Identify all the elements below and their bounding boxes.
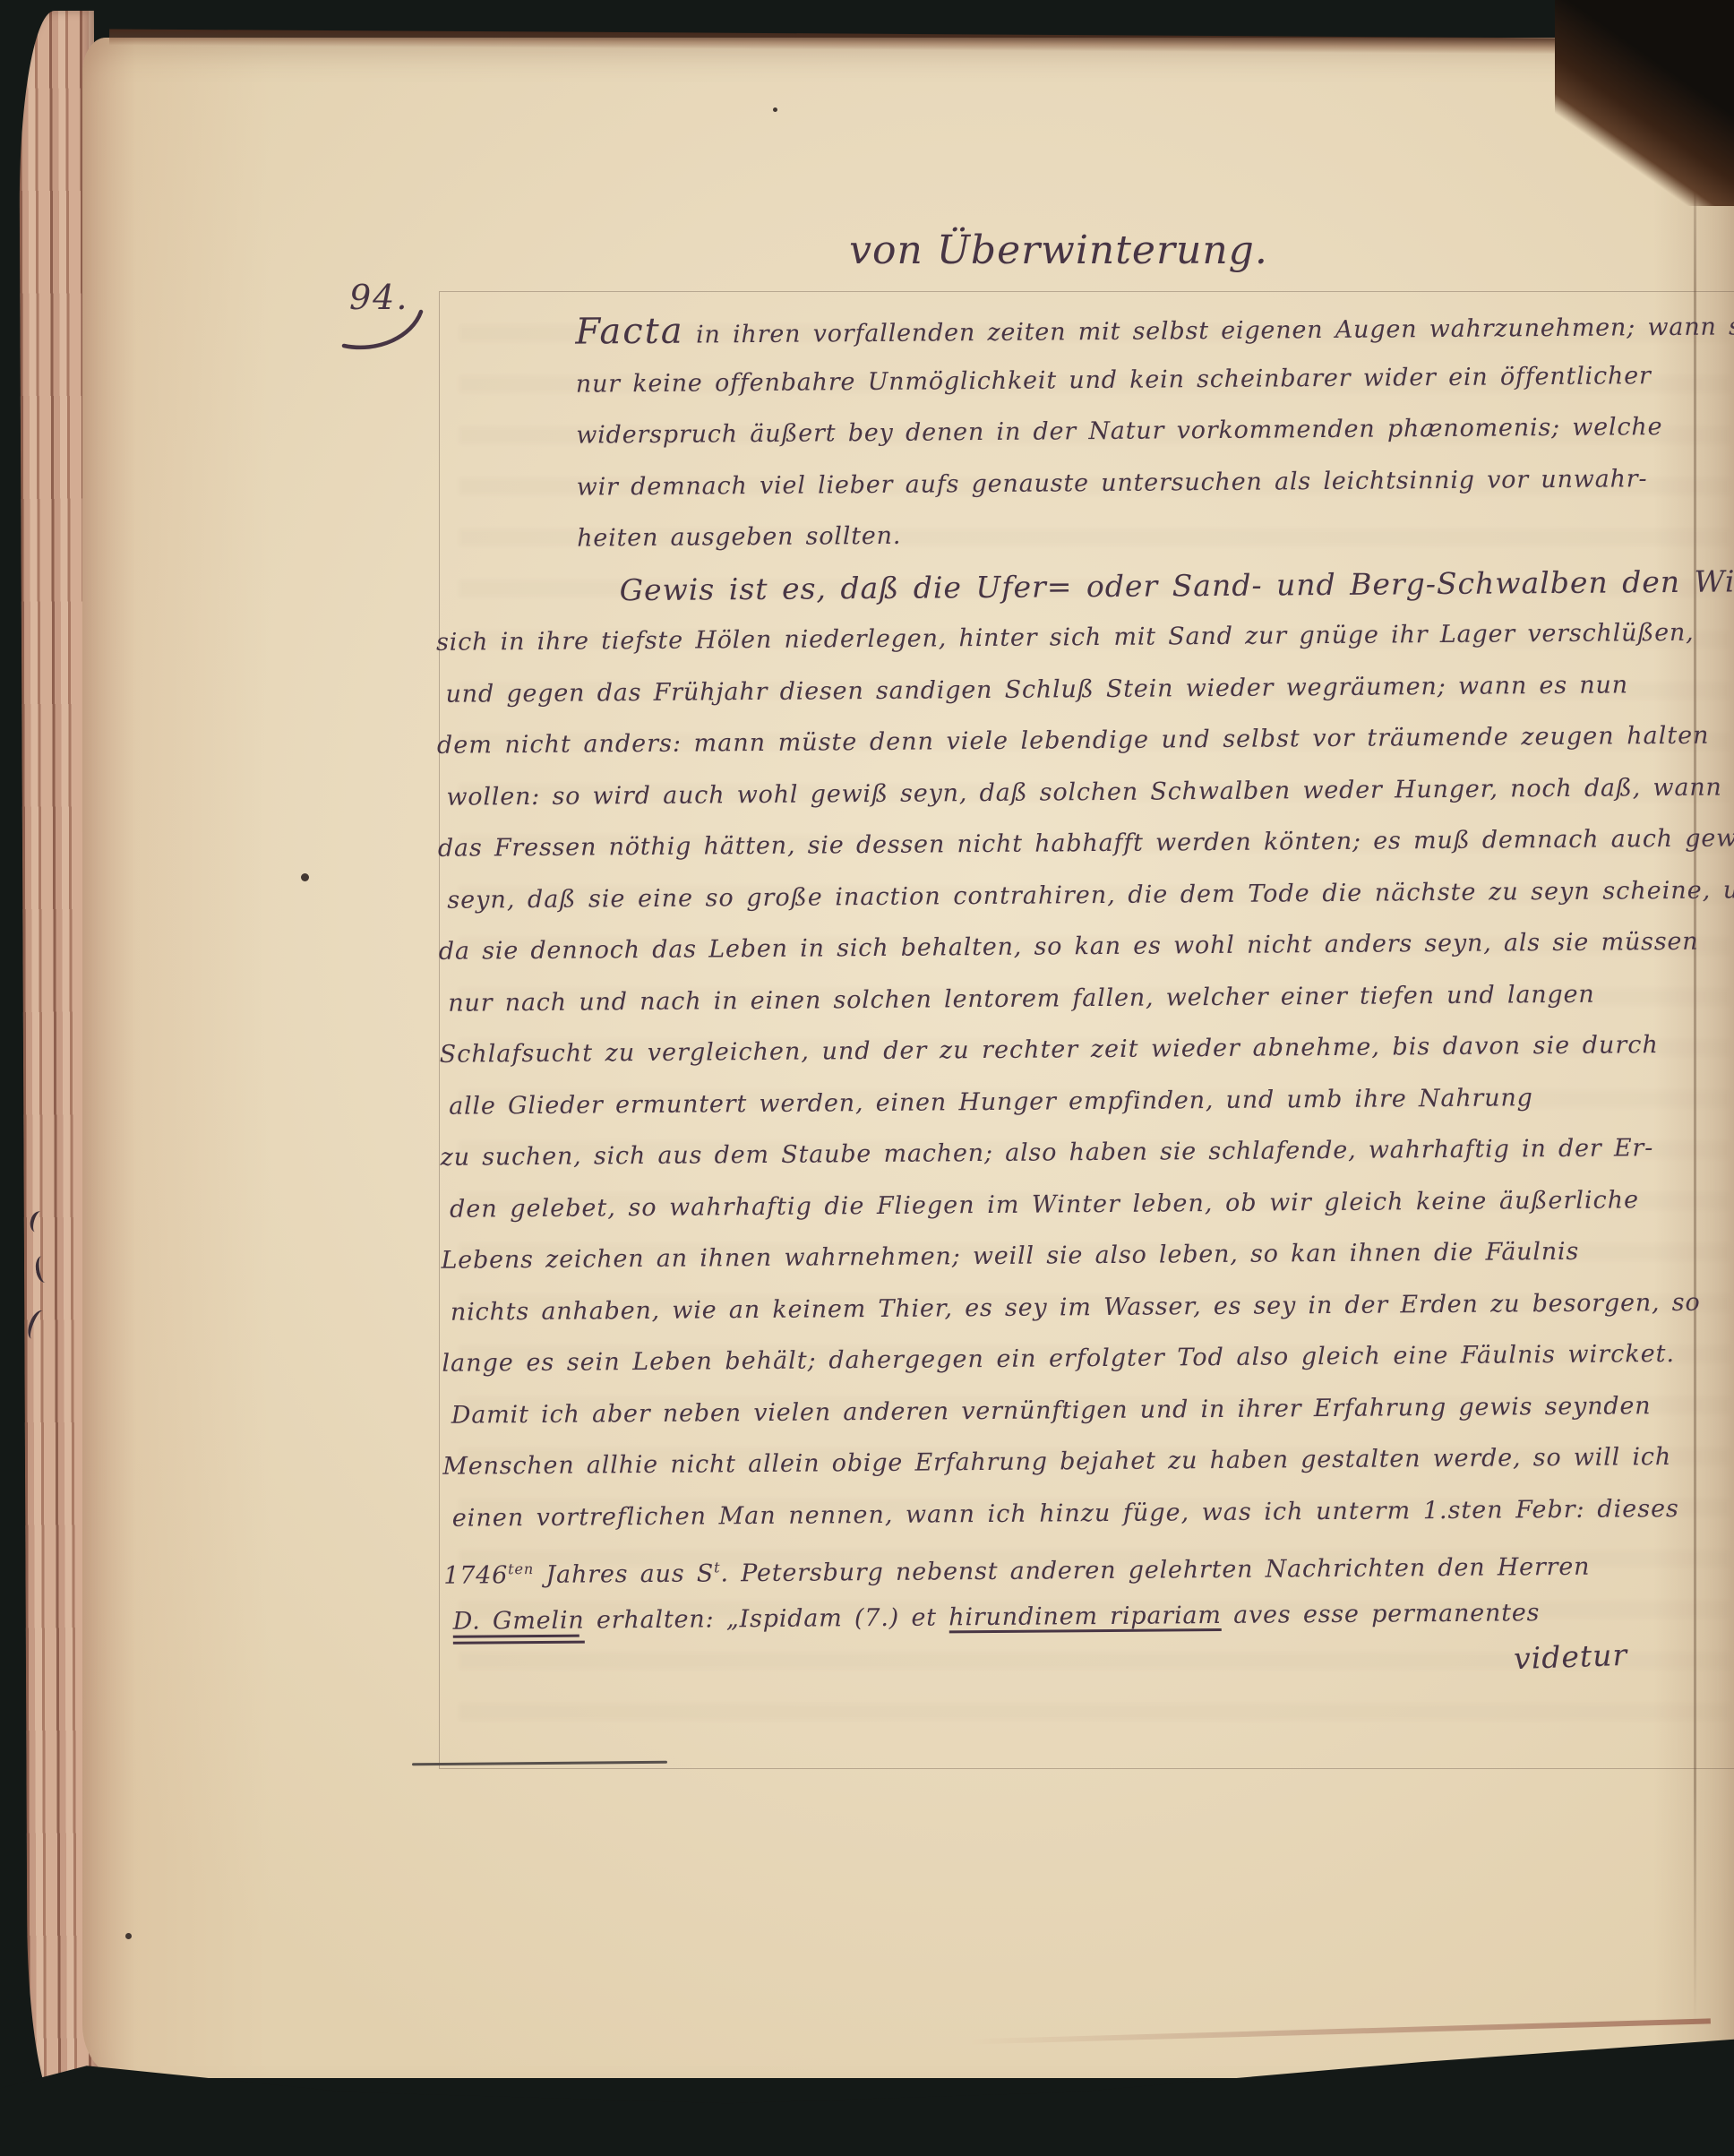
manuscript-line: Gewis ist es, daß die Ufer= oder Sand- u… — [619, 555, 1734, 616]
manuscript-page: 94. von Überwinterung. Facta in ihren vo… — [82, 38, 1734, 2078]
manuscript-line: widerspruch äußert bey denen in der Natu… — [576, 400, 1734, 461]
catchword: videtur — [1513, 1637, 1627, 1676]
gutter-shadow — [82, 38, 279, 2078]
manuscript-line: da sie dennoch das Leben in sich behalte… — [439, 915, 1734, 977]
manuscript-line: wir demnach viel lieber aufs genauste un… — [577, 452, 1734, 513]
manuscript-photo: 94. von Überwinterung. Facta in ihren vo… — [0, 0, 1734, 2156]
paper-speck — [773, 107, 777, 112]
manuscript-line: lange es sein Leben behält; dahergegen e… — [442, 1327, 1734, 1389]
manuscript-line: Schlafsucht zu vergleichen, und der zu r… — [439, 1018, 1734, 1080]
paper-speck — [301, 873, 309, 881]
manuscript-line: Menschen allhie nicht allein obige Erfah… — [442, 1430, 1734, 1492]
manuscript-line: Lebens zeichen an ihnen wahrnehmen; weil… — [441, 1224, 1734, 1286]
manuscript-line: D. Gmelin erhalten: „Ispidam (7.) et hir… — [452, 1585, 1734, 1647]
manuscript-line: heiten ausgeben sollten. — [577, 503, 1734, 564]
page-title: von Überwinterung. — [772, 228, 1345, 273]
page-top-edge — [109, 30, 1721, 56]
book-cover-corner — [1555, 0, 1734, 206]
manuscript-line: nur keine offenbahre Unmöglichkeit und k… — [576, 349, 1734, 410]
manuscript-line: zu suchen, sich aus dem Staube machen; a… — [440, 1121, 1734, 1183]
manuscript-line: dem nicht anders: mann müste denn viele … — [437, 709, 1734, 771]
paper-speck — [125, 1933, 132, 1939]
page-number-flourish — [335, 306, 442, 360]
manuscript-line: Facta in ihren vorfallenden zeiten mit s… — [575, 297, 1734, 358]
manuscript-text-block: Facta in ihren vorfallenden zeiten mit s… — [433, 297, 1734, 1647]
manuscript-line: 1746ten Jahres aus St. Petersburg nebens… — [443, 1533, 1734, 1595]
manuscript-line: sich in ihre tiefste Hölen niederlegen, … — [436, 606, 1734, 668]
manuscript-line: das Fressen nöthig hätten, sie dessen ni… — [438, 812, 1734, 874]
